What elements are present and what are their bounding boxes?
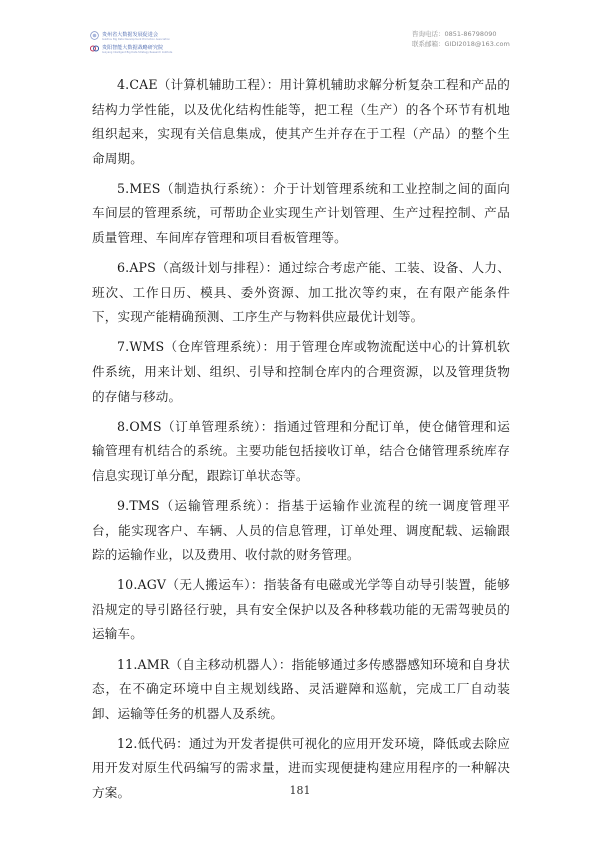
definition-aps: 6.APS（高级计划与排程）：通过综合考虑产能、工装、设备、人力、班次、工作日历…: [92, 256, 510, 330]
page-header: 贵州省大数据发展促进会 Guizhou Big Data Development…: [0, 0, 600, 60]
association-subtitle: Guizhou Big Data Development Promotion A…: [102, 38, 170, 41]
association-name: 贵州省大数据发展促进会: [102, 31, 170, 38]
definition-tms: 9.TMS（运输管理系统）：指基于运输作业流程的统一调度管理平台，能实现客户、车…: [92, 494, 510, 568]
email-address: GIDI2018@163.com: [445, 40, 510, 48]
definition-oms: 8.OMS（订单管理系统）：指通过管理和分配订单，使仓储管理和运输管理有机结合的…: [92, 415, 510, 489]
definition-mes: 5.MES（制造执行系统）：介于计划管理系统和工业控制之间的面向车间层的管理系统…: [92, 177, 510, 251]
logo-association: 贵州省大数据发展促进会 Guizhou Big Data Development…: [90, 30, 170, 41]
document-body: 4.CAE（计算机辅助工程）：用计算机辅助求解分析复杂工程和产品的结构力学性能，…: [92, 73, 510, 811]
institute-name: 贵阳智能大数据战略研究院: [102, 44, 172, 51]
contact-info: 咨询电话：0851-86798090 联系邮箱：GIDI2018@163.com: [412, 29, 510, 49]
organization-logos: 贵州省大数据发展促进会 Guizhou Big Data Development…: [90, 30, 170, 56]
definition-agv: 10.AGV（无人搬运车）：指装备有电磁或光学等自动导引装置，能够沿规定的导引路…: [92, 573, 510, 647]
contact-phone: 咨询电话：0851-86798090: [412, 29, 510, 39]
institute-subtitle: Guiyang Intelligent Big Data Strategy Re…: [102, 51, 172, 54]
definition-wms: 7.WMS（仓库管理系统）：用于管理仓库或物流配送中心的计算机软件系统，用来计划…: [92, 335, 510, 409]
page-number: 181: [0, 784, 600, 797]
definition-amr: 11.AMR（自主移动机器人）：指能够通过多传感器感知环境和自身状态，在不确定环…: [92, 653, 510, 727]
email-label: 联系邮箱：: [412, 40, 445, 48]
contact-email: 联系邮箱：GIDI2018@163.com: [412, 39, 510, 49]
phone-label: 咨询电话：: [412, 30, 445, 38]
logo-institute: 贵阳智能大数据战略研究院 Guiyang Intelligent Big Dat…: [90, 43, 170, 54]
phone-number: 0851-86798090: [445, 30, 497, 38]
institute-emblem-icon: [90, 44, 99, 53]
definition-cae: 4.CAE（计算机辅助工程）：用计算机辅助求解分析复杂工程和产品的结构力学性能，…: [92, 73, 510, 171]
association-emblem-icon: [90, 31, 99, 40]
